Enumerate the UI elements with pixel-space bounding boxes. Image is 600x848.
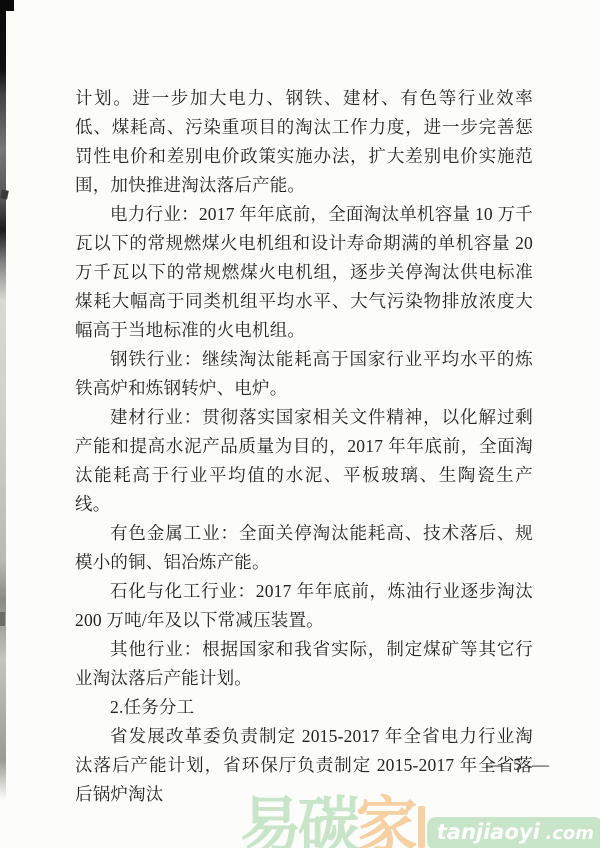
scanned-document-page: 计划。进一步加大电力、钢铁、建材、有色等行业效率低、煤耗高、污染重项目的淘汰工作… xyxy=(0,0,600,848)
scan-artifact-top-corner xyxy=(0,0,14,11)
watermark-char-jia: 家 xyxy=(356,797,414,848)
watermark-logo: 易 碳 家 tanjiaoyi .com xyxy=(240,797,600,848)
document-body: 计划。进一步加大电力、钢铁、建材、有色等行业效率低、煤耗高、污染重项目的淘汰工作… xyxy=(75,84,533,809)
watermark-site-name: tanjiaoyi xyxy=(437,820,540,844)
watermark-accent-bar xyxy=(418,806,425,848)
watermark-site-badge: tanjiaoyi .com xyxy=(427,817,600,848)
paragraph-nonferrous-metals: 有色金属工业：全面关停淘汰能耗高、技术落后、规模小的铜、铝冶炼产能。 xyxy=(75,519,533,577)
paragraph-steel-industry: 钢铁行业：继续淘汰能耗高于国家行业平均水平的炼铁高炉和炼钢转炉、电炉。 xyxy=(75,345,533,403)
watermark-site-tld: .com xyxy=(545,823,594,844)
paragraph-other-industries: 其他行业：根据国家和我省实际，制定煤矿等其它行业淘汰落后产能计划。 xyxy=(75,635,533,693)
scan-artifact-tick xyxy=(0,612,5,626)
section-heading-task-division: 2.任务分工 xyxy=(75,693,533,722)
paragraph-power-industry: 电力行业：2017 年年底前，全面淘汰单机容量 10 万千瓦以下的常规燃煤火电机… xyxy=(75,200,533,345)
paragraph-petrochemical: 石化与化工行业：2017 年年底前，炼油行业逐步淘汰 200 万吨/年及以下常减… xyxy=(75,577,533,635)
paragraph-building-materials: 建材行业：贯彻落实国家相关文件精神，以化解过剩产能和提高水泥产品质量为目的，20… xyxy=(75,403,533,519)
paragraph-continuation: 计划。进一步加大电力、钢铁、建材、有色等行业效率低、煤耗高、污染重项目的淘汰工作… xyxy=(75,84,533,200)
page-number: — 5 — xyxy=(486,755,552,775)
scan-artifact-tick xyxy=(0,189,9,199)
watermark-char-tan: 碳 xyxy=(298,797,356,848)
scan-artifact-left-edge xyxy=(0,0,6,800)
watermark-char-yi: 易 xyxy=(240,797,298,848)
